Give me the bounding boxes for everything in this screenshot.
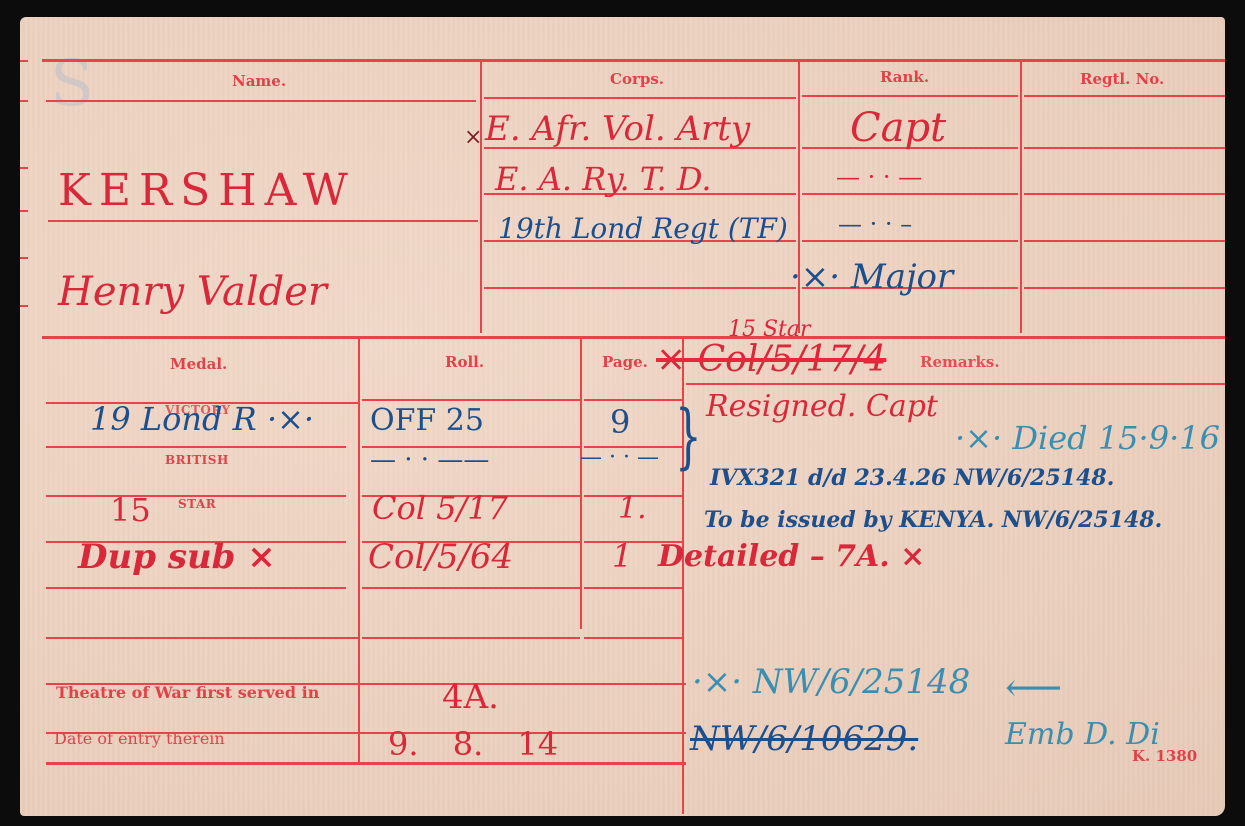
rank-3: — · · –	[838, 210, 912, 238]
corps-2: E. A. Ry. T. D.	[495, 160, 712, 198]
arrow-icon: ⟵	[1005, 665, 1062, 711]
corps-1: E. Afr. Vol. Arty	[485, 109, 750, 149]
rank-4: ·×· Major	[790, 257, 953, 297]
roll-dup: Col/5/64	[368, 537, 513, 577]
surname: KERSHAW	[58, 165, 356, 216]
divider-name-corps	[480, 61, 482, 333]
page-british: — · · —	[580, 445, 659, 470]
remarks-ref-new: ·×· NW/6/25148	[692, 662, 970, 702]
remarks-resigned: Resigned. Capt	[706, 389, 938, 424]
medal-dup-entry: Dup sub ×	[78, 537, 276, 577]
rank-1: Capt	[850, 105, 946, 151]
section-rule	[42, 336, 1225, 339]
divider-rank-regtl	[1020, 61, 1022, 333]
date-entry-label: Date of entry therein	[54, 729, 225, 748]
theatre-label: Theatre of War first served in	[56, 683, 319, 702]
header-medal: Medal.	[170, 355, 227, 373]
page-victory: 9	[610, 403, 630, 441]
header-page: Page.	[602, 353, 648, 371]
remarks-line2: To be issued by KENYA. NW/6/25148.	[704, 507, 1162, 533]
header-regtl-no: Regtl. No.	[1080, 70, 1164, 88]
date-entry-value: 9. 8. 14	[388, 725, 558, 763]
label-star: Star	[178, 497, 216, 511]
page-star: 1.	[618, 491, 647, 526]
header-name: Name.	[232, 72, 286, 90]
roll-victory: OFF 25	[370, 403, 484, 438]
top-rule	[42, 59, 1225, 62]
medal-star-entry: 15	[110, 491, 151, 529]
roll-british: — · · ——	[370, 445, 489, 475]
form-number: K. 1380	[1132, 747, 1197, 765]
roll-star: Col 5/17	[372, 489, 508, 527]
header-remarks: Remarks.	[920, 353, 1000, 371]
forenames: Henry Valder	[58, 269, 327, 315]
rank-2: — · · —	[836, 163, 922, 191]
medal-index-card: S Name. Corps. Rank. Regtl. No. KERSHAW …	[20, 17, 1225, 816]
remarks-ref-old: NW/6/10629.	[690, 719, 918, 759]
header-corps: Corps.	[610, 70, 664, 88]
label-british: British	[165, 453, 229, 467]
remarks-dup-note: Detailed – 7A. ×	[658, 539, 925, 574]
remarks-struck-entry: × Col/5/17/4	[656, 339, 886, 380]
corps-3: 19th Lond Regt (TF)	[498, 212, 788, 245]
page-dup: 1	[612, 537, 632, 575]
brace: }	[675, 395, 702, 477]
theatre-value: 4A.	[442, 677, 499, 717]
header-roll: Roll.	[445, 353, 484, 371]
header-rank: Rank.	[880, 68, 929, 86]
remarks-line1: IVX321 d/d 23.4.26 NW/6/25148.	[710, 465, 1114, 491]
prefix-mark: ×	[464, 125, 482, 150]
medal-victory-entry: 19 Lond R ·×·	[90, 400, 314, 438]
remarks-died: ·×· Died 15·9·16	[955, 419, 1220, 457]
